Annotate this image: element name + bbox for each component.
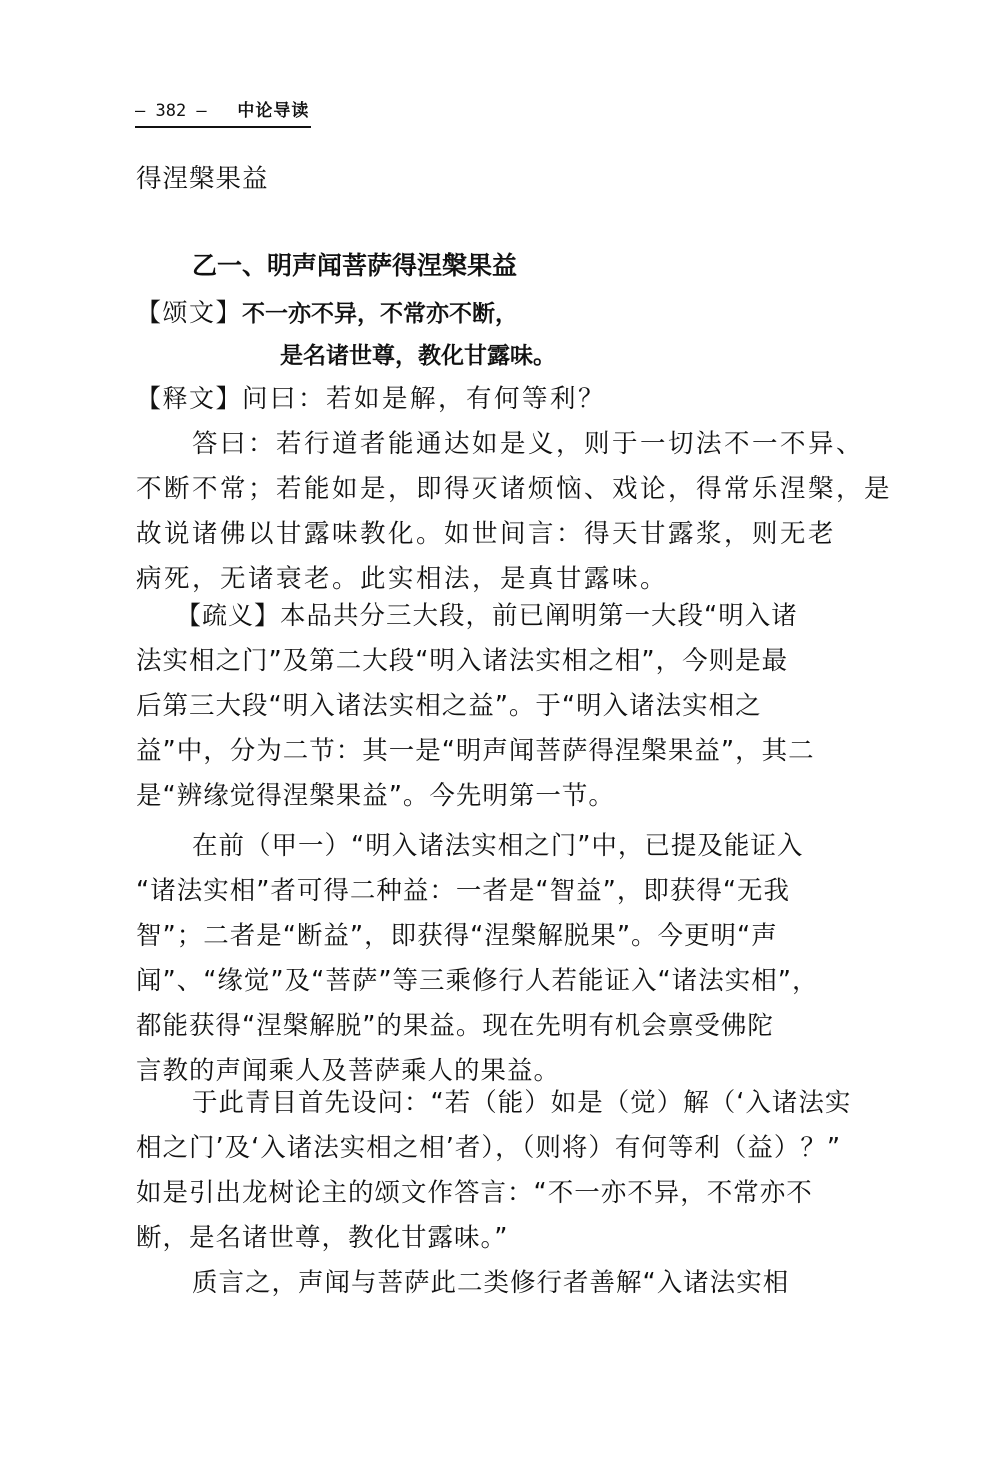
explanation-line: 病死，无诸衰老。此实相法，是真甘露味。 — [136, 561, 668, 597]
explanation-line: 不断不常；若能如是，即得灭诸烦恼、戏论，得常乐涅槃，是 — [136, 471, 892, 507]
verse-line-2: 是名诸世尊，教化甘露味。 — [280, 338, 556, 374]
book-title: 中论导读 — [237, 101, 309, 121]
explanation-line: 故说诸佛以甘露味教化。如世间言：得天甘露浆，则无老 — [136, 516, 836, 552]
verse-line-1: 【颂文】不一亦不异，不常亦不断， — [136, 295, 518, 332]
explanation-line: 答曰：若行道者能通达如是义，则于一切法不一不异、 — [192, 426, 864, 462]
commentary-line: 在前（甲一）“明入诸法实相之门”中，已提及能证入 — [192, 828, 803, 864]
verse-label: 【颂文】 — [136, 298, 242, 327]
commentary-line: 相之门’及‘入诸法实相之相’者），（则将）有何等利（益）？” — [136, 1130, 841, 1166]
commentary-line: 言教的声闻乘人及菩萨乘人的果益。 — [136, 1053, 560, 1089]
commentary-label: 【疏义】 — [176, 601, 280, 630]
commentary-line: 后第三大段“明入诸法实相之益”。于“明入诸法实相之 — [136, 688, 762, 724]
explanation-text: 问曰：若如是解，有何等利？ — [242, 384, 606, 414]
commentary-line: “诸法实相”者可得二种益：一者是“智益”，即获得“无我 — [136, 873, 790, 909]
commentary-line: 断，是名诸世尊，教化甘露味。” — [136, 1220, 508, 1256]
commentary-line: 都能获得“涅槃解脱”的果益。现在先明有机会禀受佛陀 — [136, 1008, 774, 1044]
commentary-line: 益”中，分为二节：其一是“明声闻菩萨得涅槃果益”，其二 — [136, 733, 815, 769]
verse-text-1: 不一亦不异，不常亦不断， — [242, 301, 518, 327]
commentary-text: 本品共分三大段，前已阐明第一大段“明入诸 — [280, 601, 798, 631]
commentary-line: 如是引出龙树论主的颂文作答言：“不一亦不异，不常亦不 — [136, 1175, 813, 1211]
commentary-line: 是“辨缘觉得涅槃果益”。今先明第一节。 — [136, 778, 615, 814]
section-heading: 乙一、明声闻菩萨得涅槃果益 — [192, 248, 517, 284]
continuation-line: 得涅槃果益 — [136, 161, 269, 197]
commentary-line: 智”；二者是“断益”，即获得“涅槃解脱果”。今更明“声 — [136, 918, 778, 954]
commentary-line: 闻”、“缘觉”及“菩萨”等三乘修行人若能证入“诸法实相”， — [136, 963, 818, 999]
explanation-line-1: 【释文】问曰：若如是解，有何等利？ — [136, 381, 606, 417]
commentary-line: 质言之，声闻与菩萨此二类修行者善解“入诸法实相 — [192, 1265, 789, 1301]
commentary-line: 于此青目首先设问：“若（能）如是（觉）解（‘入诸法实 — [192, 1085, 851, 1121]
explanation-label: 【释文】 — [136, 384, 242, 413]
commentary-line: 【疏义】本品共分三大段，前已阐明第一大段“明入诸 — [176, 598, 798, 634]
commentary-line: 法实相之门”及第二大段“明入诸法实相之相”，今则是最 — [136, 643, 788, 679]
running-header: — 382 — 中论导读 — [135, 98, 311, 128]
page-number: — 382 — — [135, 101, 207, 121]
